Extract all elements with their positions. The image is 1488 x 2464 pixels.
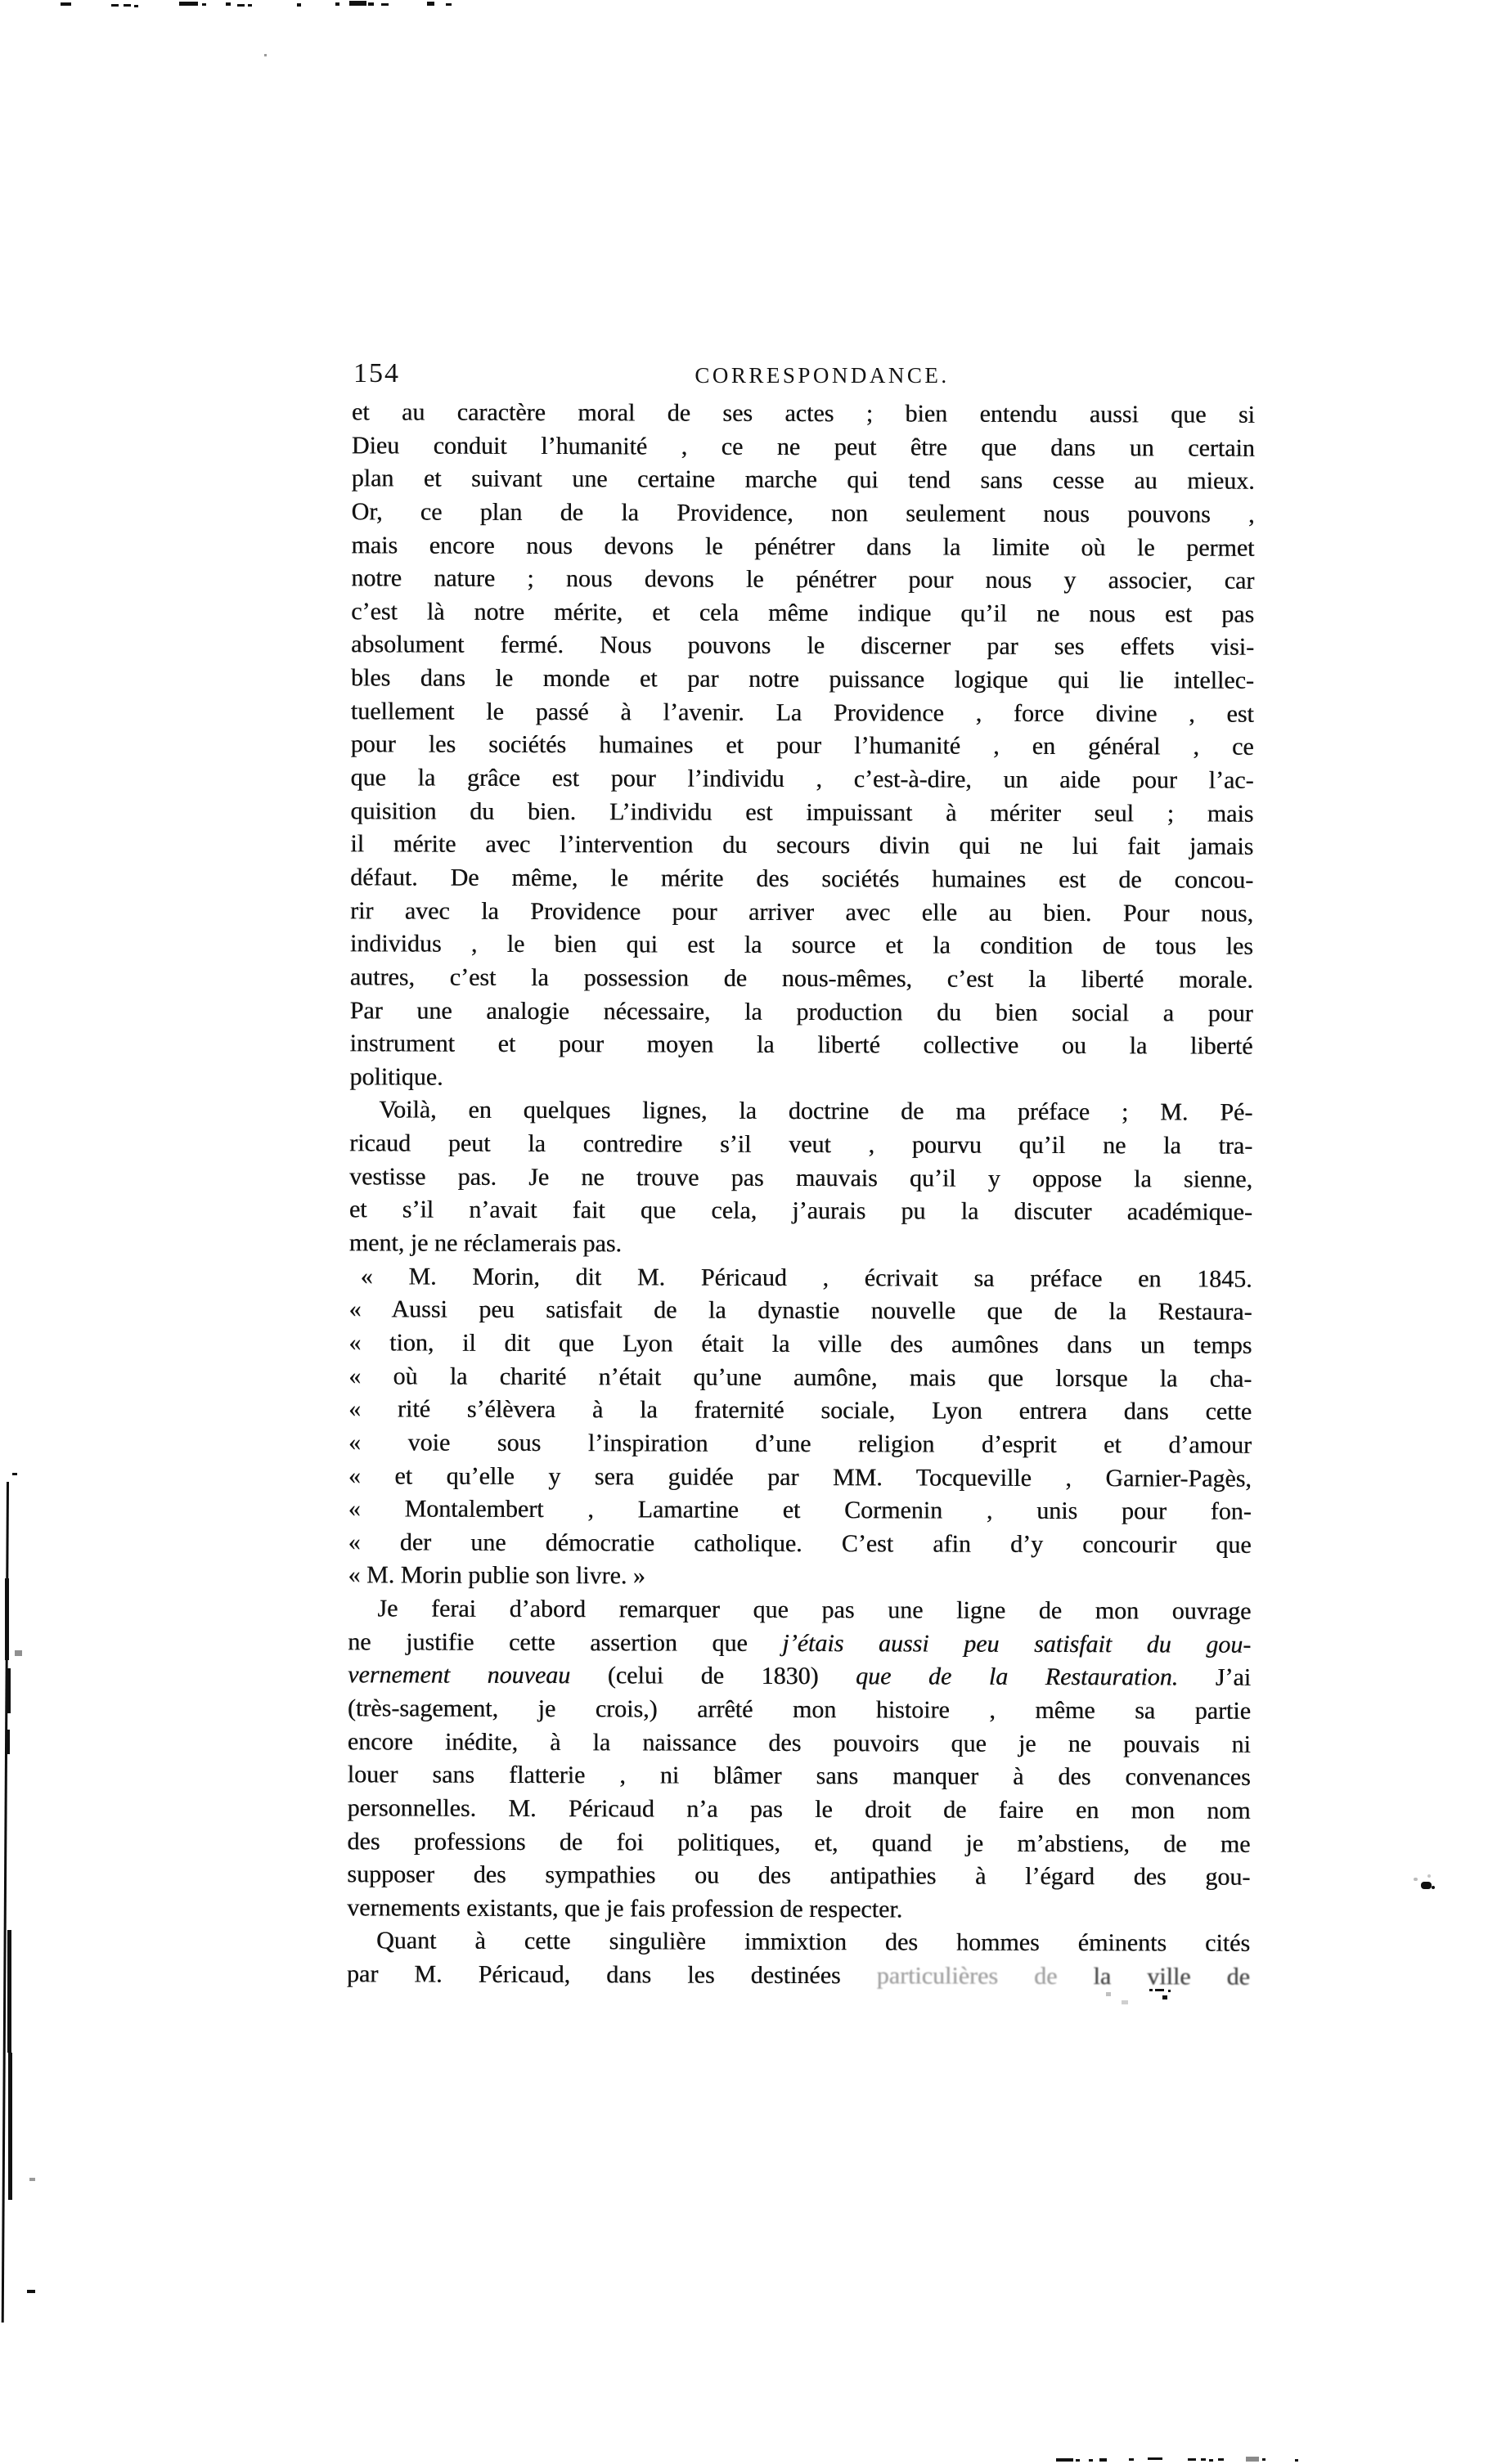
text-line: et s’il n’avait fait que cela, j’aurais … — [349, 1194, 1252, 1230]
scan-mark — [237, 4, 245, 7]
text-line: Or, ce plan de la Providence, non seulem… — [351, 496, 1254, 532]
scan-mark — [15, 1650, 22, 1656]
scan-mark — [1421, 1882, 1432, 1889]
text-segment: particulières de — [877, 1962, 1058, 1990]
text-line: « M. Morin publie son livre. » — [348, 1560, 1251, 1596]
text-segment: ricaud peut la contredire s’il veut , po… — [349, 1129, 1252, 1159]
text-segment: et s’il n’avait fait que cela, j’aurais … — [349, 1196, 1252, 1226]
scan-mark — [1099, 2458, 1107, 2462]
text-segment: « où la charité n’était qu’une aumône, m… — [348, 1362, 1252, 1392]
text-segment: mais encore nous devons le pénétrer dans… — [351, 532, 1254, 561]
scan-mark — [264, 54, 267, 56]
text-line: Par une analogie nécessaire, la producti… — [350, 994, 1253, 1030]
scan-mark — [381, 3, 389, 6]
text-segment: « Aussi peu satisfait de la dynastie nou… — [348, 1296, 1252, 1326]
text-segment: Voilà, en quelques lignes, la doctrine d… — [379, 1097, 1252, 1126]
text-segment: politique. — [349, 1063, 443, 1090]
scan-mark — [1295, 2459, 1298, 2462]
scan-mark — [1168, 1990, 1171, 1992]
text-segment: Quant à cette singulière immixtion des h… — [376, 1928, 1250, 1957]
text-line: bles dans le monde et par notre puissanc… — [351, 662, 1254, 698]
text-segment: des professions de foi politiques, et, q… — [347, 1828, 1250, 1857]
text-segment: Je ferai d’abord remarquer que pas une l… — [377, 1595, 1251, 1624]
text-segment: « et qu’elle y sera guidée par MM. Tocqu… — [348, 1462, 1252, 1492]
text-line: vernements existants, que je fais profes… — [347, 1892, 1250, 1928]
text-segment: vestisse pas. Je ne trouve pas mauvais q… — [349, 1163, 1252, 1192]
text-line: vestisse pas. Je ne trouve pas mauvais q… — [349, 1160, 1252, 1196]
text-segment: pour les sociétés humaines et pour l’hum… — [351, 731, 1254, 761]
text-line: « M. Morin, dit M. Péricaud , écrivait s… — [349, 1260, 1252, 1296]
scan-mark — [226, 2, 231, 6]
scan-mark — [1089, 2459, 1093, 2462]
scan-mark — [12, 1473, 17, 1475]
text-segment: absolument fermé. Nous pouvons le discer… — [351, 631, 1254, 661]
text-line: individus , le bien qui est la source et… — [350, 928, 1253, 964]
scan-mark — [1218, 2458, 1224, 2461]
text-line: notre nature ; nous devons le pénétrer p… — [351, 562, 1254, 598]
text-line: c’est là notre mérite, et cela même indi… — [351, 595, 1254, 631]
scan-mark — [335, 2, 339, 6]
scan-mark — [1076, 2459, 1080, 2462]
text-segment: instrument et pour moyen la liberté coll… — [349, 1030, 1252, 1059]
scan-mark — [446, 3, 452, 6]
text-line: ne justifie cette assertion que j’étais … — [348, 1626, 1251, 1662]
text-segment: « voie sous l’inspiration d’une religion… — [348, 1429, 1252, 1458]
text-segment: bles dans le monde et par notre puissanc… — [351, 664, 1254, 693]
text-segment: « Montalembert , Lamartine et Cormenin ,… — [348, 1495, 1252, 1524]
text-line: encore inédite, à la naissance des pouvo… — [348, 1726, 1251, 1762]
text-line: (très-sagement, je crois,) arrêté mon hi… — [348, 1692, 1251, 1728]
text-segment: par M. Péricaud, dans les destinées — [347, 1960, 877, 1989]
text-line: Dieu conduit l’humanité , ce ne peut êtr… — [352, 429, 1255, 465]
text-line: ricaud peut la contredire s’il veut , po… — [349, 1127, 1252, 1163]
text-segment: c’est là notre mérite, et cela même indi… — [351, 598, 1254, 627]
scan-mark — [179, 2, 198, 6]
text-segment: quisition du bien. L’individu est impuis… — [350, 797, 1253, 827]
scan-mark — [61, 2, 71, 6]
text-segment: j’étais aussi peu satisfait du gou- — [782, 1630, 1251, 1658]
text-segment: J’ai — [1178, 1664, 1251, 1691]
text-segment: encore inédite, à la naissance des pouvo… — [348, 1728, 1251, 1757]
text-line: instrument et pour moyen la liberté coll… — [349, 1027, 1252, 1063]
scan-mark — [1162, 1995, 1167, 1999]
text-segment: défaut. De même, le mérite des sociétés … — [350, 864, 1253, 893]
text-segment: plan et suivant une certaine marche qui … — [352, 465, 1255, 495]
text-segment: ment, je ne réclamerais pas. — [349, 1229, 622, 1257]
text-line: rir avec la Providence pour arriver avec… — [350, 895, 1253, 931]
text-segment: (celui de 1830) — [608, 1663, 856, 1690]
scan-mark — [1201, 2458, 1206, 2461]
text-line: « tion, il dit que Lyon était la ville d… — [348, 1326, 1252, 1362]
scan-mark — [134, 5, 138, 7]
scan-mark — [1056, 2458, 1073, 2462]
scan-mark — [1129, 2458, 1134, 2461]
text-line: « rité s’élèvera à la fraternité sociale… — [348, 1393, 1252, 1429]
scan-mark — [1149, 1989, 1153, 1991]
text-line: louer sans flatterie , ni blâmer sans ma… — [348, 1759, 1251, 1795]
text-segment: Dieu conduit l’humanité , ce ne peut êtr… — [352, 432, 1255, 461]
text-segment: Par une analogie nécessaire, la producti… — [350, 997, 1253, 1026]
text-segment: que la grâce est pour l’individu , c’est… — [350, 764, 1253, 793]
text-line: personnelles. M. Péricaud n’a pas le dro… — [348, 1792, 1251, 1828]
text-line: « Montalembert , Lamartine et Cormenin ,… — [348, 1492, 1252, 1528]
scan-mark — [5, 1578, 9, 1660]
text-line: Je ferai d’abord remarquer que pas une l… — [348, 1592, 1251, 1628]
scan-mark — [202, 3, 206, 6]
text-segment: vernement nouveau — [348, 1662, 608, 1690]
text-line: mais encore nous devons le pénétrer dans… — [351, 529, 1254, 565]
text-line: « où la charité n’était qu’une aumône, m… — [348, 1360, 1252, 1396]
scan-mark — [1106, 1992, 1111, 1996]
scan-mark — [1246, 2457, 1259, 2462]
text-line: il mérite avec l’intervention du secours… — [350, 828, 1253, 864]
text-segment: Or, ce plan de la Providence, non seulem… — [352, 498, 1255, 527]
text-line: « et qu’elle y sera guidée par MM. Tocqu… — [348, 1460, 1252, 1496]
text-segment: vernements existants, que je fais profes… — [347, 1894, 902, 1923]
text-line: et au caractère moral de ses actes ; bie… — [352, 396, 1255, 432]
text-line: tuellement le passé à l’avenir. La Provi… — [351, 695, 1254, 731]
scan-mark — [427, 2, 434, 6]
text-line: quisition du bien. L’individu est impuis… — [350, 795, 1253, 831]
text-segment: personnelles. M. Péricaud n’a pas le dro… — [348, 1794, 1251, 1824]
text-segment: que de la Restauration. — [856, 1663, 1178, 1691]
text-line: des professions de foi politiques, et, q… — [347, 1825, 1250, 1861]
scan-mark — [1188, 2458, 1196, 2461]
scan-mark — [368, 2, 374, 6]
text-line: que la grâce est pour l’individu , c’est… — [350, 761, 1253, 797]
scan-mark — [27, 2290, 35, 2293]
scan-mark — [1427, 1874, 1431, 1878]
text-line: vernement nouveau (celui de 1830) que de… — [348, 1659, 1251, 1695]
scan-mark — [1262, 2458, 1265, 2461]
text-segment: la ville de — [1057, 1963, 1250, 1990]
text-line: Quant à cette singulière immixtion des h… — [347, 1925, 1250, 1961]
text-segment: rir avec la Providence pour arriver avec… — [350, 897, 1253, 927]
scan-mark — [1414, 1878, 1418, 1881]
text-line: « der une démocratie catholique. C’est a… — [348, 1526, 1252, 1562]
text-segment: tuellement le passé à l’avenir. La Provi… — [351, 698, 1254, 727]
scan-mark — [248, 4, 252, 7]
text-segment: « tion, il dit que Lyon était la ville d… — [348, 1329, 1252, 1358]
scan-mark — [7, 1930, 11, 2053]
scanned-page: { "document": { "page_number": "154", "r… — [0, 0, 1488, 2464]
text-segment: notre nature ; nous devons le pénétrer p… — [351, 564, 1254, 594]
scan-mark — [1155, 1989, 1164, 1991]
text-segment: ne justifie cette assertion que — [348, 1628, 782, 1657]
text-segment: « M. Morin publie son livre. » — [348, 1562, 645, 1590]
text-segment: (très-sagement, je crois,) arrêté mon hi… — [348, 1694, 1251, 1724]
text-line: par M. Péricaud, dans les destinées part… — [347, 1958, 1250, 1994]
scan-mark — [7, 1730, 10, 1754]
text-segment: supposer des sympathies ou des antipathi… — [347, 1860, 1250, 1890]
text-line: autres, c’est la possession de nous-même… — [350, 961, 1253, 997]
scan-mark — [124, 4, 131, 7]
scan-mark — [1148, 2457, 1162, 2460]
scan-mark — [111, 4, 119, 7]
scan-mark — [297, 3, 301, 7]
text-line: Voilà, en quelques lignes, la doctrine d… — [349, 1094, 1252, 1130]
text-segment: « M. Morin, dit M. Péricaud , écrivait s… — [361, 1263, 1252, 1292]
text-line: défaut. De même, le mérite des sociétés … — [350, 861, 1253, 897]
text-line: plan et suivant une certaine marche qui … — [352, 463, 1255, 499]
text-segment: louer sans flatterie , ni blâmer sans ma… — [348, 1762, 1251, 1791]
text-block: et au caractère moral de ses actes ; bie… — [347, 396, 1255, 1994]
text-segment: « der une démocratie catholique. C’est a… — [348, 1528, 1252, 1558]
text-line: pour les sociétés humaines et pour l’hum… — [351, 729, 1254, 765]
text-line: « Aussi peu satisfait de la dynastie nou… — [348, 1294, 1252, 1330]
text-segment: et au caractère moral de ses actes ; bie… — [352, 398, 1255, 428]
scan-mark — [8, 2053, 12, 2200]
text-line: politique. — [349, 1061, 1252, 1097]
text-line: « voie sous l’inspiration d’une religion… — [348, 1426, 1252, 1462]
text-line: supposer des sympathies ou des antipathi… — [347, 1858, 1250, 1894]
scan-mark — [1122, 2000, 1128, 2004]
text-line: ment, je ne réclamerais pas. — [349, 1227, 1252, 1263]
scan-mark — [349, 1, 366, 6]
scan-mark — [1432, 1886, 1435, 1889]
scan-mark — [1209, 2459, 1213, 2462]
scan-mark — [6, 1668, 11, 1713]
running-title: CORRESPONDANCE. — [371, 363, 1274, 388]
text-segment: autres, c’est la possession de nous-même… — [350, 963, 1253, 993]
text-segment: « rité s’élèvera à la fraternité sociale… — [348, 1395, 1252, 1425]
text-line: absolument fermé. Nous pouvons le discer… — [351, 629, 1254, 665]
text-segment: il mérite avec l’intervention du secours… — [350, 831, 1253, 860]
page-header: 154 CORRESPONDANCE. — [352, 358, 1255, 396]
text-segment: individus , le bien qui est la source et… — [350, 931, 1253, 960]
scan-mark — [29, 2178, 35, 2181]
